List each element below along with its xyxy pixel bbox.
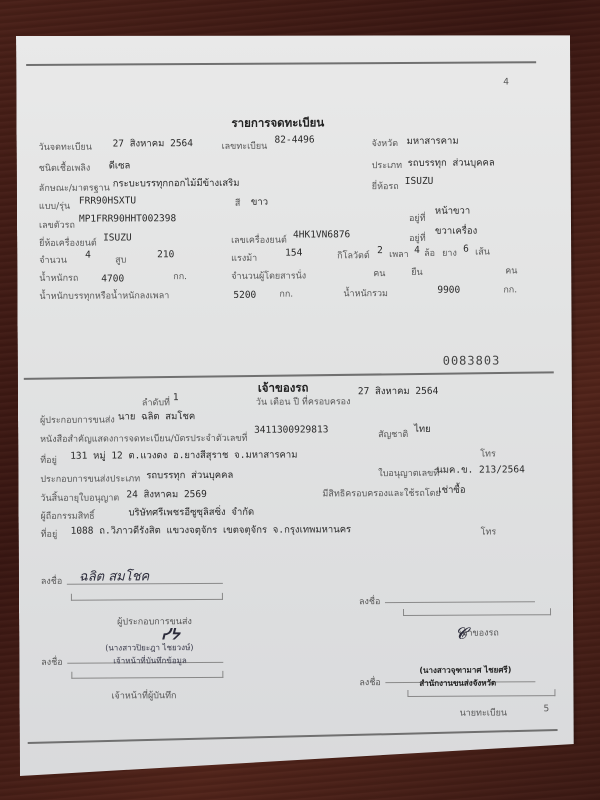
model-label: แบบ/รุ่น <box>39 199 70 213</box>
axle-count: 2 <box>377 245 383 256</box>
fuel-label: ชนิดเชื้อเพลิง <box>39 161 91 175</box>
seated-passengers-label: จำนวนผู้โดยสารนั่ง <box>231 268 306 282</box>
recorder-name-bracket <box>71 671 223 679</box>
wheel-label: ล้อ <box>424 246 435 260</box>
vehicle-weight-label: น้ำหนักรถ <box>39 271 78 285</box>
wheel-count: 4 <box>414 245 420 256</box>
possession-date-label: วัน เดือน ปี ที่ครอบครอง <box>256 394 351 408</box>
chassis-value: MP1FRR90HHT002398 <box>79 213 176 225</box>
registrar-stamp-name: (นางสาวจุฑามาศ ไชยศรี) <box>419 663 511 676</box>
color-value: ขาว <box>251 195 268 210</box>
page-number-top: 4 <box>503 77 509 87</box>
kg-unit-2: กก. <box>279 287 293 301</box>
license-number-label: ใบอนุญาตเลขที่ <box>378 466 439 480</box>
possession-right-value: เช่าซื้อ <box>438 483 465 498</box>
license-number-value: นมค.ข. 213/2564 <box>436 462 525 477</box>
engine-brand-value: ISUZU <box>103 232 132 243</box>
plate-label: เลขทะเบียน <box>222 139 268 153</box>
cc-value: 210 <box>157 249 174 260</box>
engine-location-value: ขวาเครื่อง <box>435 224 477 239</box>
registration-title: รายการจดทะเบียน <box>231 114 324 132</box>
possession-date-value: 27 สิงหาคม 2564 <box>358 384 438 399</box>
chassis-label: เลขตัวรถ <box>39 218 75 232</box>
page-number-bottom: 5 <box>544 704 550 714</box>
horsepower-label: แรงม้า <box>231 251 257 265</box>
vehicle-weight-value: 4700 <box>101 273 124 284</box>
registrar-name-bracket <box>407 689 555 697</box>
serial-number: 0083803 <box>443 353 501 367</box>
registrar-signature: 𝓒 <box>455 624 466 644</box>
recorder-stamp-title: เจ้าหน้าที่บันทึกข้อมูล <box>113 654 187 667</box>
plate-value: 82-4496 <box>275 134 315 145</box>
gross-weight-label: น้ำหนักรวม <box>343 286 388 300</box>
vehicle-registration-page: 4 รายการจดทะเบียน วันจดทะเบียน 27 สิงหาค… <box>16 33 574 776</box>
style-label: ลักษณะ/มาตรฐาน <box>39 181 110 195</box>
kilowatt-label: กิโลวัตต์ <box>337 248 370 262</box>
bottom-divider <box>28 729 558 743</box>
cylinder-count-label: จำนวน <box>39 253 67 267</box>
province-label: จังหวัด <box>372 136 399 150</box>
tire-label: ยาง <box>442 246 457 260</box>
province-value: มหาสารคาม <box>407 134 459 149</box>
license-expiry-value: 24 สิงหาคม 2569 <box>126 487 206 502</box>
type-value: รถบรรทุก ส่วนบุคคล <box>408 155 495 170</box>
operator-name-bracket <box>71 593 223 601</box>
registration-date-label: วันจดทะเบียน <box>39 140 92 154</box>
chassis-location-label: อยู่ที่ <box>409 211 426 225</box>
cylinder-count-value: 4 <box>85 250 91 261</box>
holder-address-value: 1088 ถ.วิภาวดีรังสิต แขวงจตุจักร เขตจตุจ… <box>71 522 352 538</box>
recorder-sign-label: ลงชื่อ <box>41 655 63 669</box>
operation-type-label: ประกอบการขนส่งประเภท <box>40 471 140 486</box>
model-value: FRR90HSXTU <box>79 195 136 206</box>
horsepower-value: 154 <box>285 248 302 259</box>
address-value: 131 หมู่ 12 ต.แวงดง อ.ยางสีสุราช จ.มหาสา… <box>70 448 297 464</box>
engine-location-label: อยู่ที่ <box>409 231 426 245</box>
engine-number-value: 4HK1VN6876 <box>293 229 350 240</box>
holder-address-label: ที่อยู่ <box>41 527 58 541</box>
section-divider <box>24 371 554 379</box>
operator-label: ผู้ประกอบการขนส่ง <box>40 412 115 426</box>
load-weight-value: 5200 <box>233 290 256 301</box>
operation-type-value: รถบรรทุก ส่วนบุคคล <box>146 468 233 483</box>
engine-number-label: เลขเครื่องยนต์ <box>231 233 287 247</box>
operator-signature: ฉลิต สมโชค <box>79 565 150 586</box>
address-label: ที่อยู่ <box>40 453 57 467</box>
owner-sign-label: ลงชื่อ <box>359 594 381 608</box>
nationality-value: ไทย <box>414 422 431 437</box>
owner-sign-line <box>385 601 535 603</box>
operator-role: ผู้ประกอบการขนส่ง <box>117 614 192 628</box>
kg-unit-3: กก. <box>503 282 517 296</box>
registrar-sign-label: ลงชื่อ <box>359 675 381 689</box>
registration-date-value: 27 สิงหาคม 2564 <box>113 136 193 151</box>
style-value: กระบะบรรทุกกอกไม้มีข้างเสริม <box>113 176 240 192</box>
recorder-stamp-name: (นางสาวปิยะฎา ไชยวงษ์) <box>105 641 193 654</box>
possession-right-label: มีสิทธิครอบครองและใช้รถโดย <box>322 486 440 501</box>
cylinder-label: สูบ <box>115 252 126 266</box>
recorder-role: เจ้าหน้าที่ผู้บันทึก <box>111 688 176 702</box>
sequence-label: ลำดับที่ <box>142 395 170 409</box>
standing-label: ยืน <box>411 265 423 279</box>
chassis-location-value: หน้าขวา <box>435 204 470 219</box>
owner-name-bracket <box>403 608 551 616</box>
nationality-label: สัญชาติ <box>378 427 408 441</box>
engine-brand-label: ยี่ห้อเครื่องยนต์ <box>39 236 97 250</box>
registrar-role: นายทะเบียน <box>460 705 508 719</box>
fuel-value: ดีเซล <box>109 158 131 173</box>
gross-weight-value: 9900 <box>437 285 460 296</box>
top-divider <box>26 61 536 65</box>
ownership-holder-value: บริษัทศรีเพชรอีซูซุลิสซิ่ง จำกัด <box>128 505 254 521</box>
operator-value: นาย ฉลิต สมโชค <box>118 409 195 424</box>
brand-value: ISUZU <box>405 176 434 187</box>
color-label: สี <box>235 196 241 210</box>
axle-label: เพลา <box>389 247 409 261</box>
kg-unit: กก. <box>173 269 187 283</box>
holder-phone-label: โทร <box>481 524 497 538</box>
tire-unit: เส้น <box>475 245 490 259</box>
load-weight-label: น้ำหนักบรรทุกหรือน้ำหนักลงเพลา <box>39 288 169 303</box>
sequence-value: 1 <box>173 392 179 403</box>
id-number-value: 3411300929813 <box>254 424 328 435</box>
phone-label: โทร <box>480 446 496 460</box>
tire-count: 6 <box>463 244 469 255</box>
license-expiry-label: วันสิ้นอายุใบอนุญาต <box>40 490 119 504</box>
id-document-label: หนังสือสำคัญแสดงการจดทะเบียน/บัตรประจำตั… <box>40 431 247 446</box>
registrar-stamp-office: สำนักงานขนส่งจังหวัด <box>419 676 496 689</box>
ownership-holder-label: ผู้ถือกรรมสิทธิ์ <box>40 509 94 523</box>
brand-label: ยี่ห้อรถ <box>372 179 399 193</box>
type-label: ประเภท <box>372 158 402 172</box>
person-unit: คน <box>373 266 385 280</box>
person-unit-2: คน <box>505 263 517 277</box>
operator-sign-label: ลงชื่อ <box>41 574 63 588</box>
